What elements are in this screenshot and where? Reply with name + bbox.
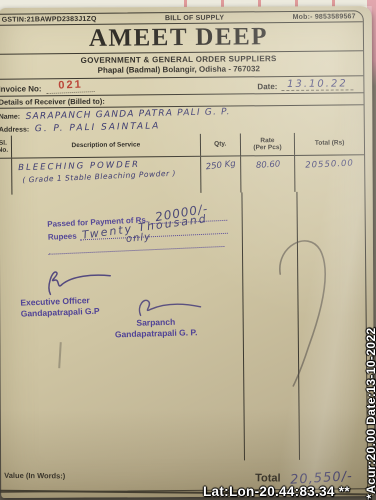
mobile-text: Mob:- 9853589567 [293,13,356,21]
invoice-no-label: Invoice No: [0,84,42,93]
executive-officer-stamp: Executive Officer Gandapatrapali G.P [20,295,100,319]
passed-for-payment-stamp: Passed for Payment of Rs. 20000/- Rupees… [47,211,249,259]
item-rate-cell: 80.60 [240,156,295,193]
item-qty-value: 250 Kg [200,154,240,172]
col-header-total: Total (Rs) [294,132,364,155]
item-description-cell: BLEECHING POWDER ( Grade 1 Stable Bleach… [11,157,200,195]
title-row: AMEET DEEP [0,22,363,55]
invoice-number: 021 [46,78,95,94]
gps-watermark-bottom: Lat:Lon-20.44:83.34 ** [203,484,350,499]
item-total-cell: 20550.00 [294,155,364,192]
col-header-slno: Sl. No. [0,136,11,158]
col-header-qty: Qty. [200,133,240,155]
table-body-empty: Passed for Payment of Rs. 20000/- Rupees… [0,191,367,463]
date-value: 13.10.22 [281,78,353,91]
table-item-row: BLEECHING POWDER ( Grade 1 Stable Bleach… [0,155,364,195]
gstin-text: GSTIN:21BAWPD2383J1ZQ [2,16,97,24]
bill-photo: GSTIN:21BAWPD2383J1ZQ BILL OF SUPPLY Mob… [0,0,376,500]
business-title: AMEET DEEP [0,23,363,52]
value-in-words-label: Value (In Words:) [4,471,65,481]
receiver-name-label: Name: [0,114,20,121]
col-header-description: Description of Service [11,134,200,158]
executive-officer-stamp-line2: Gandapatrapali G.P [21,305,100,318]
item-slno-cell [0,159,11,195]
sarpanch-stamp-line2: Gandapatrapali G. P. [115,327,198,340]
doc-type-text: BILL OF SUPPLY [165,15,224,23]
sarpanch-stamp: Sarpanch Gandapatrapali G. P. [114,316,197,339]
pen-stray-mark [58,342,62,368]
bill-paper: GSTIN:21BAWPD2383J1ZQ BILL OF SUPPLY Mob… [0,6,374,498]
payment-stamp-label2: Rupees [48,232,77,242]
receiver-address-label: Address: [0,126,29,133]
receiver-address-value: G. P. PALI SAINTALA [35,121,161,134]
item-rate-value: 80.60 [240,155,294,172]
item-total-value: 20550.00 [295,154,364,171]
col-header-rate: Rate (Per Pcs) [240,133,295,156]
item-qty-cell: 250 Kg [200,156,240,192]
total-label: Total [255,472,281,484]
gps-watermark-right: **Acur:20.00 Date:13-10-2022 [364,239,376,500]
col-header-rate-line2: (Per Pcs) [241,144,295,152]
date-label: Date: [257,82,277,91]
bill-frame: GSTIN:21BAWPD2383J1ZQ BILL OF SUPPLY Mob… [0,10,368,493]
pen-loop-mark [274,227,356,388]
subtitle-block: GOVERNMENT & GENERAL ORDER SUPPLIERS Pha… [0,51,363,80]
